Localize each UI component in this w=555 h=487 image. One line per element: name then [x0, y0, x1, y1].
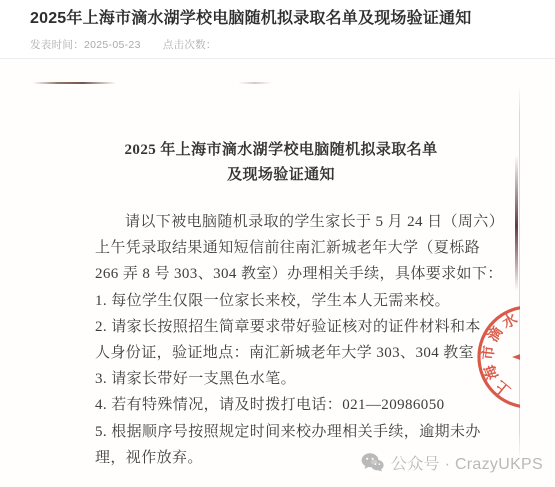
- click-count-label: 点击次数：: [163, 39, 217, 51]
- publish-date: 发表时间：2025-05-23: [30, 39, 141, 51]
- page: 2025年上海市滴水湖学校电脑随机拟录取名单及现场验证通知 发表时间：2025-…: [0, 0, 555, 487]
- notice-line: 1. 每位学生仅限一位家长来校，学生本人无需来校。: [95, 288, 467, 314]
- svg-text:水: 水: [500, 310, 520, 332]
- publish-date-label: 发表时间：: [30, 39, 84, 51]
- svg-text:上: 上: [492, 376, 514, 399]
- notice-line: 266 弄 8 号 303、304 教室）办理相关手续，具体要求如下：: [95, 261, 467, 287]
- notice-line: 上午凭录取结果通知短信前往南汇新城老年大学（夏栎路: [95, 235, 467, 261]
- paper-right-edge: [519, 85, 520, 461]
- notice-title: 2025 年上海市滴水湖学校电脑随机拟录取名单 及现场验证通知: [95, 138, 467, 188]
- svg-text:市: 市: [478, 344, 497, 361]
- notice-line: 4. 若有特殊情况，请及时拨打电话：021—20986050: [95, 392, 467, 418]
- notice-text: 2025 年上海市滴水湖学校电脑随机拟录取名单 及现场验证通知 请以下被电脑随机…: [95, 138, 467, 471]
- seal-ring: [479, 307, 520, 407]
- watermark-label: 公众号 · CrazyUKPS: [391, 451, 543, 474]
- svg-text:滴: 滴: [483, 323, 506, 346]
- article-meta: 发表时间：2025-05-23点击次数：: [30, 37, 545, 52]
- page-title: 2025年上海市滴水湖学校电脑随机拟录取名单及现场验证通知: [30, 8, 545, 30]
- notice-body: 请以下被电脑随机录取的学生家长于 5 月 24 日（周六） 上午凭录取结果通知短…: [95, 209, 467, 471]
- wechat-icon: [361, 453, 384, 472]
- notice-line: 人身份证，验证地点：南汇新城老年大学 303、304 教室: [95, 340, 467, 366]
- notice-line: 2. 请家长按照招生简章要求带好验证核对的证件材料和本: [95, 314, 467, 340]
- notice-title-line: 2025 年上海市滴水湖学校电脑随机拟录取名单: [95, 138, 467, 163]
- article-header: 2025年上海市滴水湖学校电脑随机拟录取名单及现场验证通知 发表时间：2025-…: [30, 8, 545, 52]
- document-photo: 2025 年上海市滴水湖学校电脑随机拟录取名单 及现场验证通知 请以下被电脑随机…: [0, 59, 555, 487]
- publish-date-value: 2025-05-23: [84, 39, 141, 51]
- paper-top-edge-shadow: [33, 82, 116, 84]
- seal-text: 上 海 市 滴 水 湖: [478, 307, 520, 399]
- notice-line: 3. 请家长带好一支黑色水笔。: [95, 366, 467, 392]
- notice-line: 5. 根据顺序号按照规定时间来校办理相关手续，逾期未办: [95, 419, 467, 445]
- notice-line: 请以下被电脑随机录取的学生家长于 5 月 24 日（周六）: [95, 209, 467, 235]
- notice-title-line: 及现场验证通知: [95, 163, 467, 188]
- paper-top-edge-shadow-2: [238, 82, 272, 84]
- watermark: 公众号 · CrazyUKPS: [361, 449, 543, 475]
- paper-edge-smudge: [515, 155, 518, 291]
- svg-text:海: 海: [480, 362, 502, 383]
